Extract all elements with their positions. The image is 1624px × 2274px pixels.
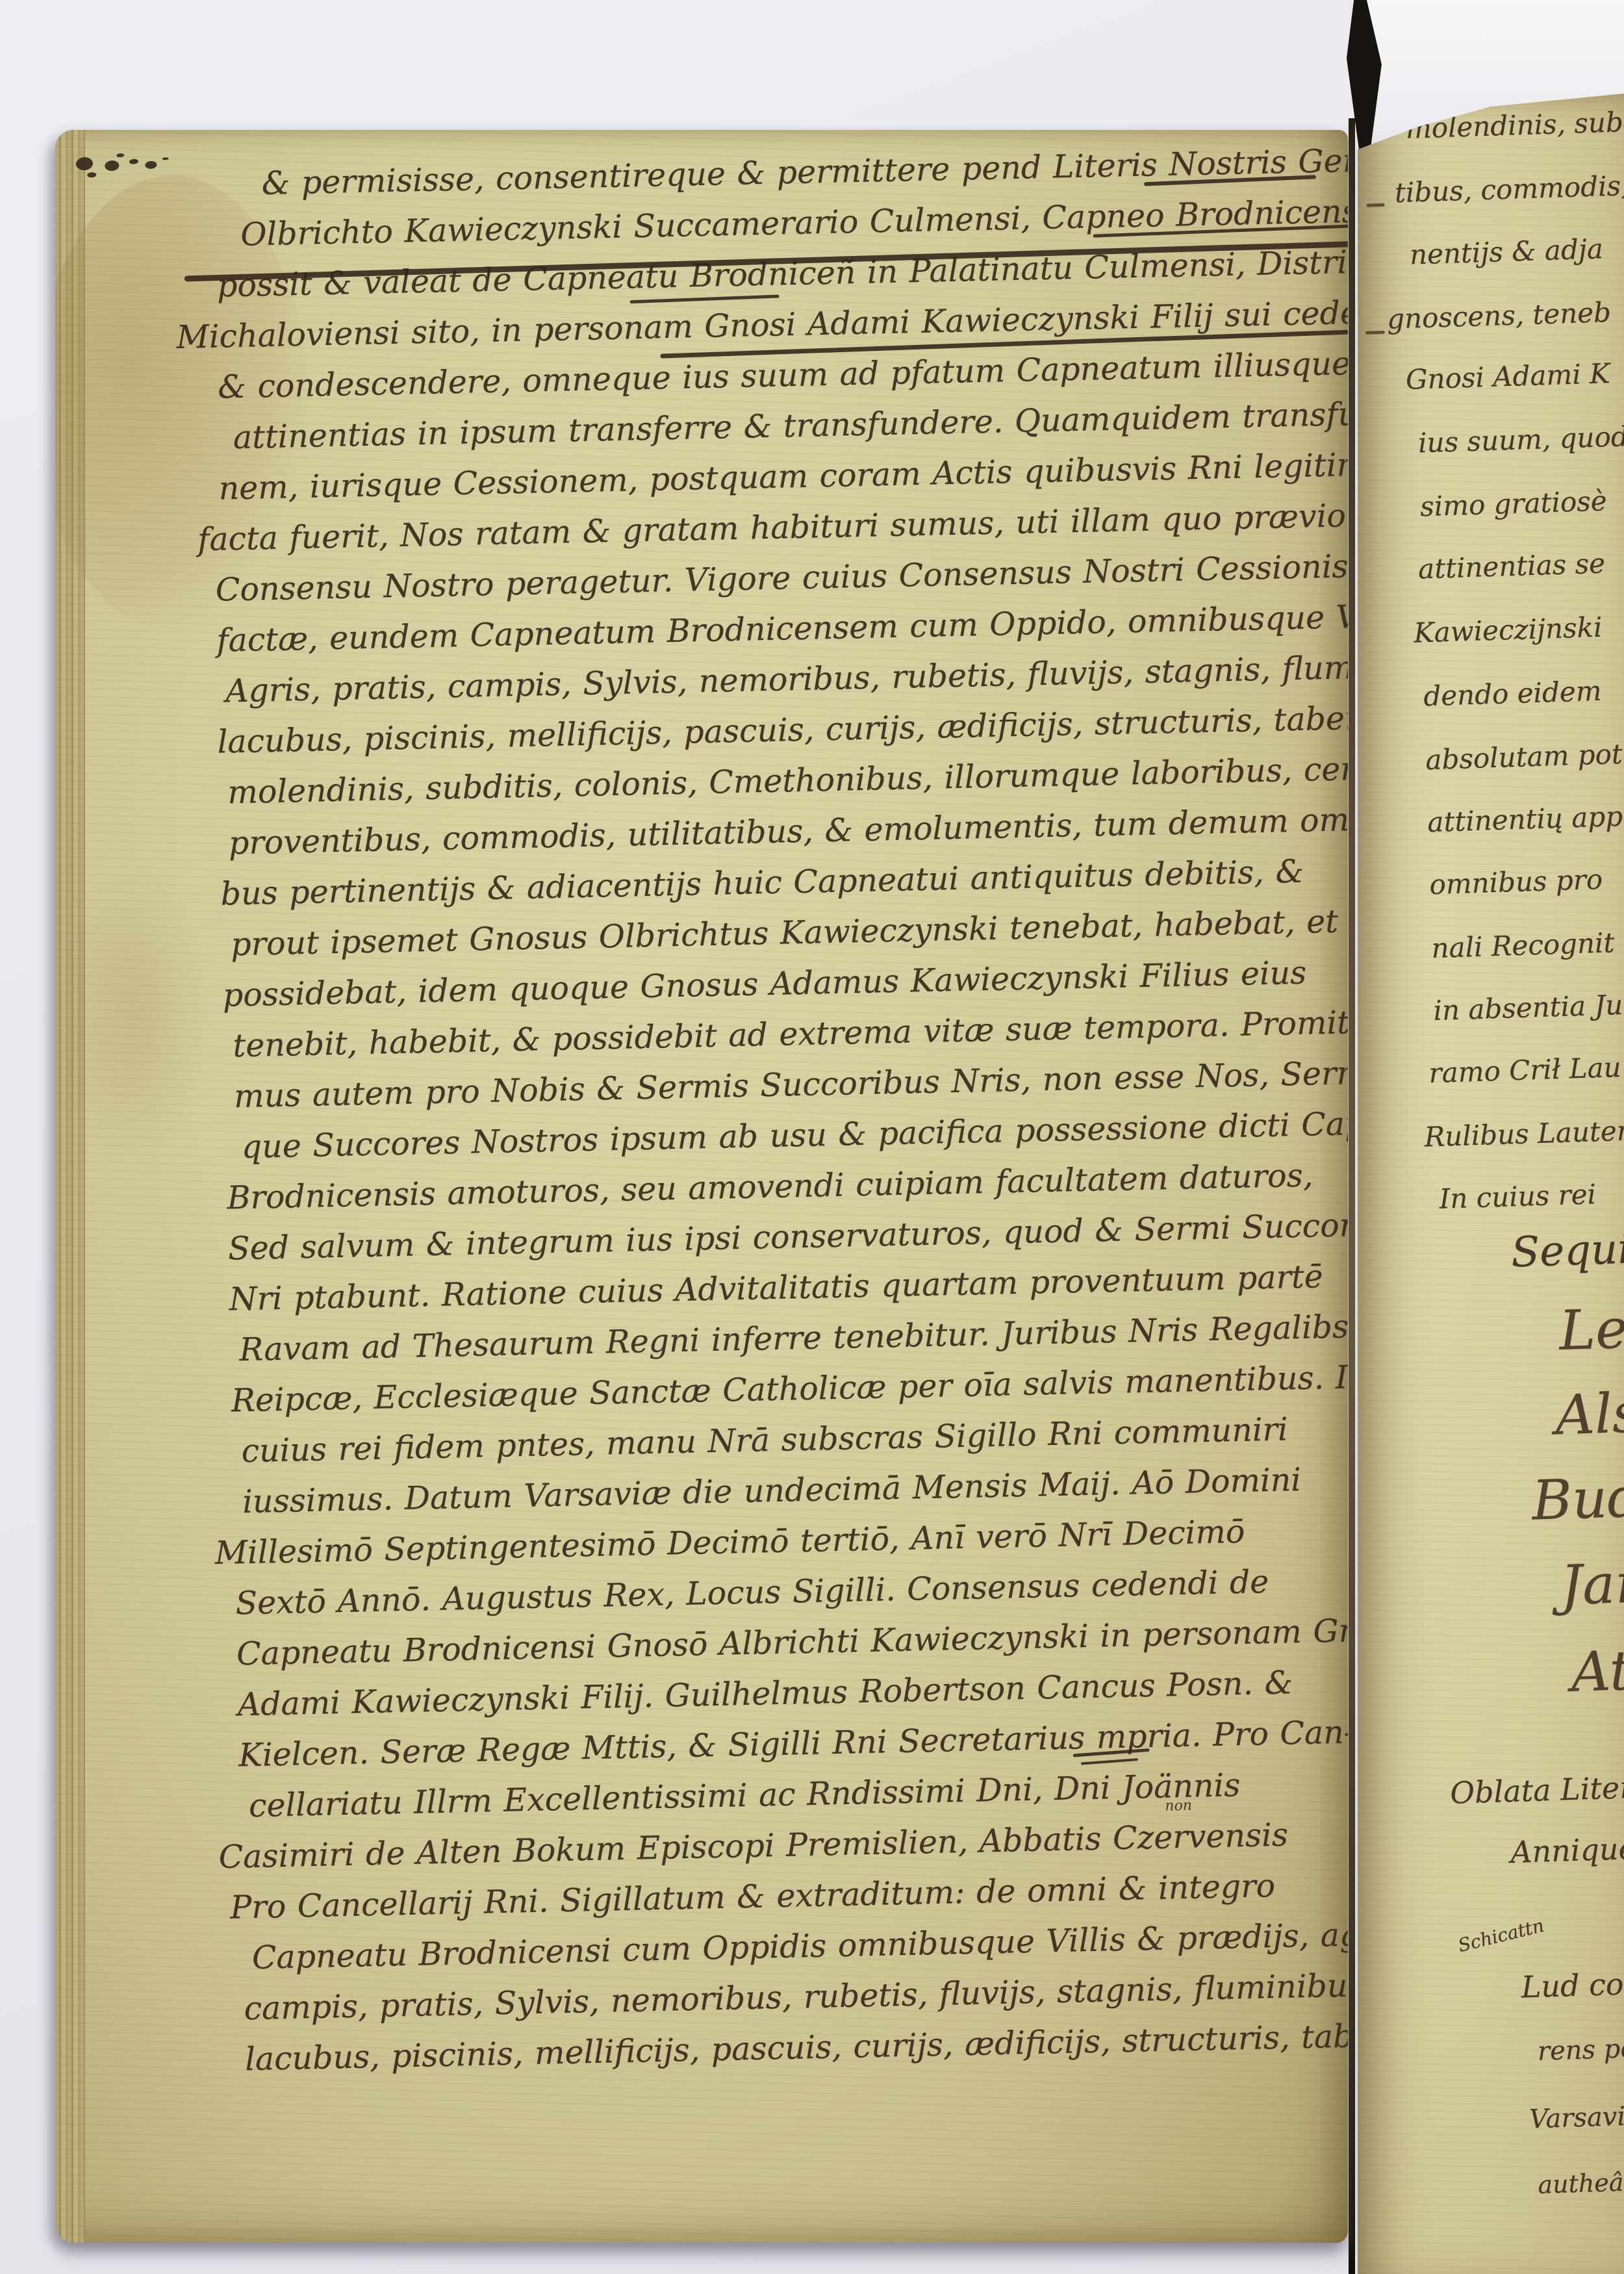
manuscript-line: autheâs manu Nrā xyxy=(1538,2164,1624,2199)
manuscript-line: ramo Crił Lau xyxy=(1428,1051,1622,1089)
ink-blot xyxy=(75,157,93,171)
manuscript-line: simo gratiosè xyxy=(1419,485,1607,522)
manuscript-line: tibus, commodis, xyxy=(1394,170,1624,209)
margin-note: Schicattn xyxy=(1456,1915,1546,1956)
manuscript-line: in absentia Ju xyxy=(1433,989,1623,1027)
paper-stain xyxy=(55,858,211,1169)
manuscript-line: attinentias se xyxy=(1417,547,1605,585)
manuscript-text-block: & permisisse, consentireque & permittere… xyxy=(201,135,1348,2121)
margin-dash xyxy=(1367,203,1385,207)
right-page-text-block: molendinis, subd tibus, commodis, nentij… xyxy=(1358,90,1624,2273)
flourish-initial: Als xyxy=(1554,1381,1624,1447)
manuscript-line: absolutam pot xyxy=(1425,738,1623,776)
flourish-initial: Jam xyxy=(1560,1550,1624,1617)
manuscript-page-left: & permisisse, consentireque & permittere… xyxy=(55,130,1348,2243)
manuscript-line: ius suum, quod xyxy=(1417,420,1624,459)
flourish-initial: At xyxy=(1570,1639,1624,1704)
manuscript-page-right-fragment: molendinis, subd tibus, commodis, nentij… xyxy=(1358,90,1624,2274)
manuscript-line: In cuius rei xyxy=(1439,1178,1597,1215)
manuscript-line: omnibus pro xyxy=(1429,863,1603,901)
gutter-crease-line xyxy=(1349,118,1355,2274)
manuscript-line: dendo eidem xyxy=(1423,675,1603,713)
manuscript-line: gnoscens, teneb xyxy=(1386,296,1611,335)
manuscript-line: Gnosi Adami K xyxy=(1405,357,1610,396)
manuscript-line: nali Recognit xyxy=(1431,926,1615,964)
manuscript-scan: { "colors":{ "scan_background":"#e9eaee"… xyxy=(0,0,1624,2274)
manuscript-line: Oblata Liter xyxy=(1450,1770,1624,1811)
manuscript-line: Varsaviæ obtulit xyxy=(1529,2098,1624,2134)
flourish-initial: Bud xyxy=(1531,1465,1624,1532)
manuscript-line: rens personalit xyxy=(1537,2030,1624,2067)
manuscript-line: Annique xyxy=(1510,1831,1624,1870)
margin-dash xyxy=(1365,331,1385,335)
interlinear-correction: non xyxy=(1165,1798,1192,1815)
flourish-heading: Sequitur xyxy=(1510,1223,1624,1277)
flourish-initial: Lepl xyxy=(1558,1295,1624,1362)
manuscript-line: nentijs & adja xyxy=(1409,233,1603,270)
manuscript-line: Lud coram xyxy=(1521,1965,1624,2005)
manuscript-line: Kawieczijnski xyxy=(1414,611,1603,649)
manuscript-line: Rulibus Lauten xyxy=(1424,1114,1624,1153)
manuscript-line: attinentių app xyxy=(1427,800,1623,838)
